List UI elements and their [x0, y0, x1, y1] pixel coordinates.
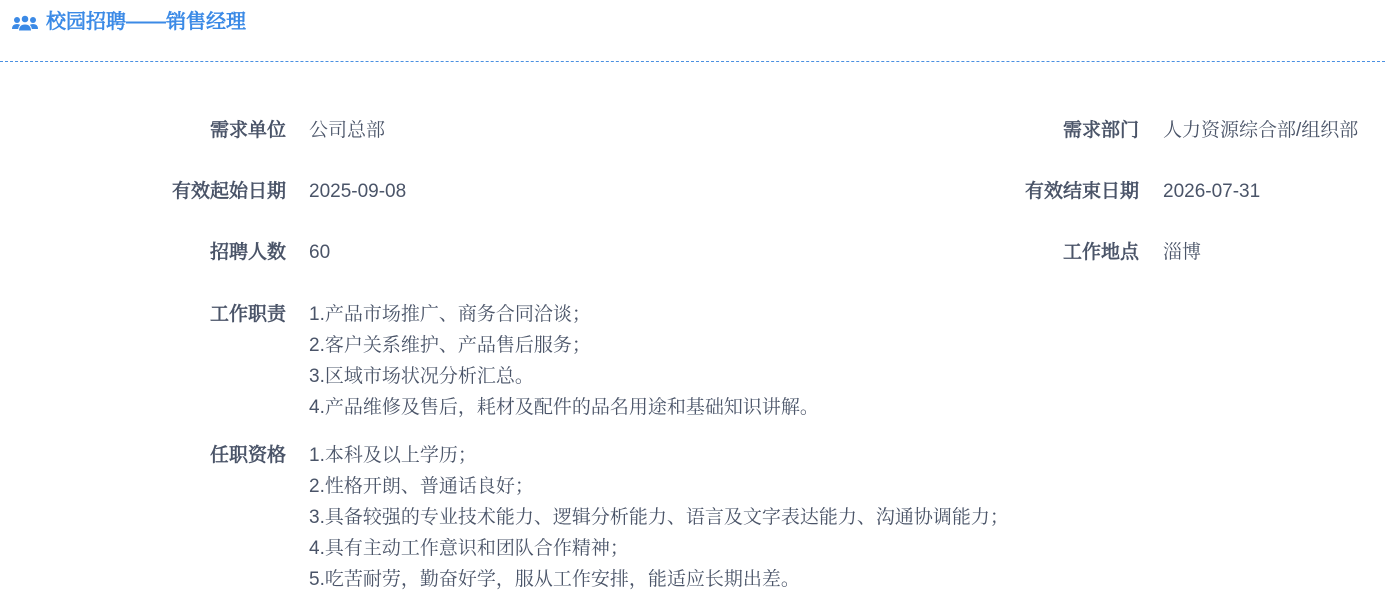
- page-header: 校园招聘——销售经理: [0, 0, 1385, 62]
- start-date-value: 2025-09-08: [309, 176, 406, 207]
- list-item: 4.产品维修及售后，耗材及配件的品名用途和基础知识讲解。: [309, 392, 819, 423]
- demand-department-value: 人力资源综合部/组织部: [1163, 115, 1358, 146]
- headcount-value: 60: [309, 237, 330, 268]
- end-date-label: 有效结束日期: [950, 176, 1139, 207]
- location-label: 工作地点: [950, 237, 1139, 268]
- list-item: 5.吃苦耐劳，勤奋好学，服从工作安排，能适应长期出差。: [309, 564, 1009, 595]
- demand-unit-value: 公司总部: [309, 115, 385, 146]
- demand-department-label: 需求部门: [950, 115, 1139, 146]
- list-item: 3.区域市场状况分析汇总。: [309, 361, 819, 392]
- start-date-label: 有效起始日期: [100, 176, 286, 207]
- list-item: 3.具备较强的专业技术能力、逻辑分析能力、语言及文字表达能力、沟通协调能力；: [309, 502, 1009, 533]
- list-item: 4.具有主动工作意识和团队合作精神；: [309, 533, 1009, 564]
- list-item: 2.客户关系维护、产品售后服务；: [309, 330, 819, 361]
- end-date-value: 2026-07-31: [1163, 176, 1260, 207]
- qualifications-list: 1.本科及以上学历； 2.性格开朗、普通话良好； 3.具备较强的专业技术能力、逻…: [309, 440, 1009, 595]
- demand-unit-label: 需求单位: [100, 115, 286, 146]
- page-title-wrap: 校园招聘——销售经理: [12, 9, 246, 35]
- responsibilities-list: 1.产品市场推广、商务合同洽谈； 2.客户关系维护、产品售后服务； 3.区域市场…: [309, 299, 819, 423]
- users-icon: [12, 13, 38, 31]
- location-value: 淄博: [1163, 237, 1201, 268]
- list-item: 1.产品市场推广、商务合同洽谈；: [309, 299, 819, 330]
- responsibilities-label: 工作职责: [100, 299, 286, 330]
- list-item: 2.性格开朗、普通话良好；: [309, 471, 1009, 502]
- list-item: 1.本科及以上学历；: [309, 440, 1009, 471]
- headcount-label: 招聘人数: [100, 237, 286, 268]
- page-title: 校园招聘——销售经理: [46, 9, 246, 35]
- qualifications-label: 任职资格: [100, 440, 286, 471]
